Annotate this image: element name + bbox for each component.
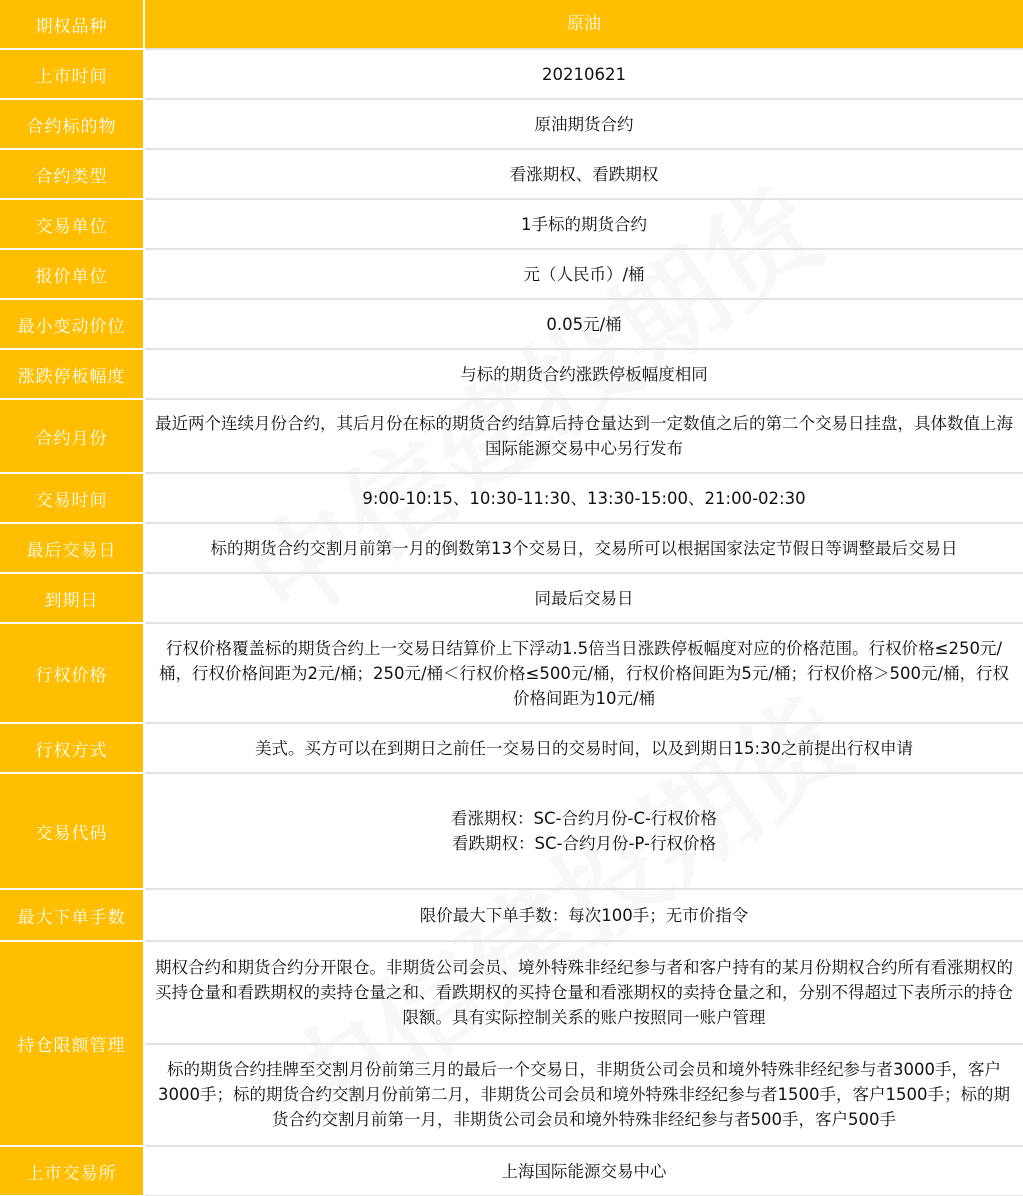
row-label: 上市时间 [0,50,145,100]
row-value: 上海国际能源交易中心 [145,1147,1023,1195]
row-label: 交易时间 [0,474,145,524]
row-label: 上市交易所 [0,1147,145,1196]
trade-code-put: 看跌期权：SC-合约月份-P-行权价格 [452,831,716,856]
table-row: 交易代码 看涨期权：SC-合约月份-C-行权价格 看跌期权：SC-合约月份-P-… [0,774,1023,890]
trade-code-call: 看涨期权：SC-合约月份-C-行权价格 [451,806,717,831]
table-row: 上市时间 20210621 [0,50,1023,100]
table-row: 行权价格 行权价格覆盖标的期货合约上一交易日结算价上下浮动1.5倍当日涨跌停板幅… [0,624,1023,724]
table-row: 上市交易所 上海国际能源交易中心 [0,1147,1023,1196]
table-row: 行权方式 美式。买方可以在到期日之前任一交易日的交易时间，以及到期日15:30之… [0,724,1023,774]
table-row: 涨跌停板幅度 与标的期货合约涨跌停板幅度相同 [0,350,1023,400]
option-spec-table: 期权品种 原油 上市时间 20210621 合约标的物 原油期货合约 合约类型 … [0,0,1023,1196]
row-value: 0.05元/桶 [145,300,1023,348]
table-row: 最后交易日 标的期货合约交割月前第一月的倒数第13个交易日，交易所可以根据国家法… [0,524,1023,574]
table-row: 报价单位 元（人民币）/桶 [0,250,1023,300]
table-row: 合约标的物 原油期货合约 [0,100,1023,150]
row-label: 合约月份 [0,400,145,474]
table-row: 交易单位 1手标的期货合约 [0,200,1023,250]
row-label: 到期日 [0,574,145,624]
table-row: 到期日 同最后交易日 [0,574,1023,624]
row-label: 交易单位 [0,200,145,250]
row-value: 看涨期权：SC-合约月份-C-行权价格 看跌期权：SC-合约月份-P-行权价格 [145,774,1023,888]
row-value: 同最后交易日 [145,574,1023,622]
row-label: 行权价格 [0,624,145,724]
table-row: 持仓限额管理 期权合约和期货合约分开限仓。非期货公司会员、境外特殊非经纪参与者和… [0,942,1023,1147]
row-label: 交易代码 [0,774,145,890]
row-value: 1手标的期货合约 [145,200,1023,248]
row-value: 美式。买方可以在到期日之前任一交易日的交易时间，以及到期日15:30之前提出行权… [145,724,1023,772]
row-label: 期权品种 [0,0,145,50]
table-row: 合约类型 看涨期权、看跌期权 [0,150,1023,200]
table-row: 最大下单手数 限价最大下单手数：每次100手；无市价指令 [0,890,1023,942]
row-label: 最小变动价位 [0,300,145,350]
row-value: 限价最大下单手数：每次100手；无市价指令 [145,890,1023,940]
row-label: 报价单位 [0,250,145,300]
row-value: 与标的期货合约涨跌停板幅度相同 [145,350,1023,398]
row-value: 看涨期权、看跌期权 [145,150,1023,198]
row-value: 行权价格覆盖标的期货合约上一交易日结算价上下浮动1.5倍当日涨跌停板幅度对应的价… [145,624,1023,722]
row-value: 标的期货合约挂牌至交割月份前第三月的最后一个交易日，非期货公司会员和境外特殊非经… [145,1045,1023,1146]
row-label: 最大下单手数 [0,890,145,942]
table-row: 交易时间 9:00-10:15、10:30-11:30、13:30-15:00、… [0,474,1023,524]
row-value: 20210621 [145,50,1023,98]
row-label: 合约类型 [0,150,145,200]
row-value: 原油 [145,0,1023,48]
table-row: 合约月份 最近两个连续月份合约，其后月份在标的期货合约结算后持仓量达到一定数值之… [0,400,1023,474]
row-value: 9:00-10:15、10:30-11:30、13:30-15:00、21:00… [145,474,1023,522]
row-label: 持仓限额管理 [0,942,145,1147]
row-value: 最近两个连续月份合约，其后月份在标的期货合约结算后持仓量达到一定数值之后的第二个… [145,400,1023,472]
row-label: 合约标的物 [0,100,145,150]
row-value: 期权合约和期货合约分开限仓。非期货公司会员、境外特殊非经纪参与者和客户持有的某月… [145,942,1023,1045]
table-row: 最小变动价位 0.05元/桶 [0,300,1023,350]
row-label: 行权方式 [0,724,145,774]
row-value: 原油期货合约 [145,100,1023,148]
row-value: 标的期货合约交割月前第一月的倒数第13个交易日，交易所可以根据国家法定节假日等调… [145,524,1023,572]
row-label: 涨跌停板幅度 [0,350,145,400]
row-label: 最后交易日 [0,524,145,574]
row-value: 元（人民币）/桶 [145,250,1023,298]
table-header-row: 期权品种 原油 [0,0,1023,50]
